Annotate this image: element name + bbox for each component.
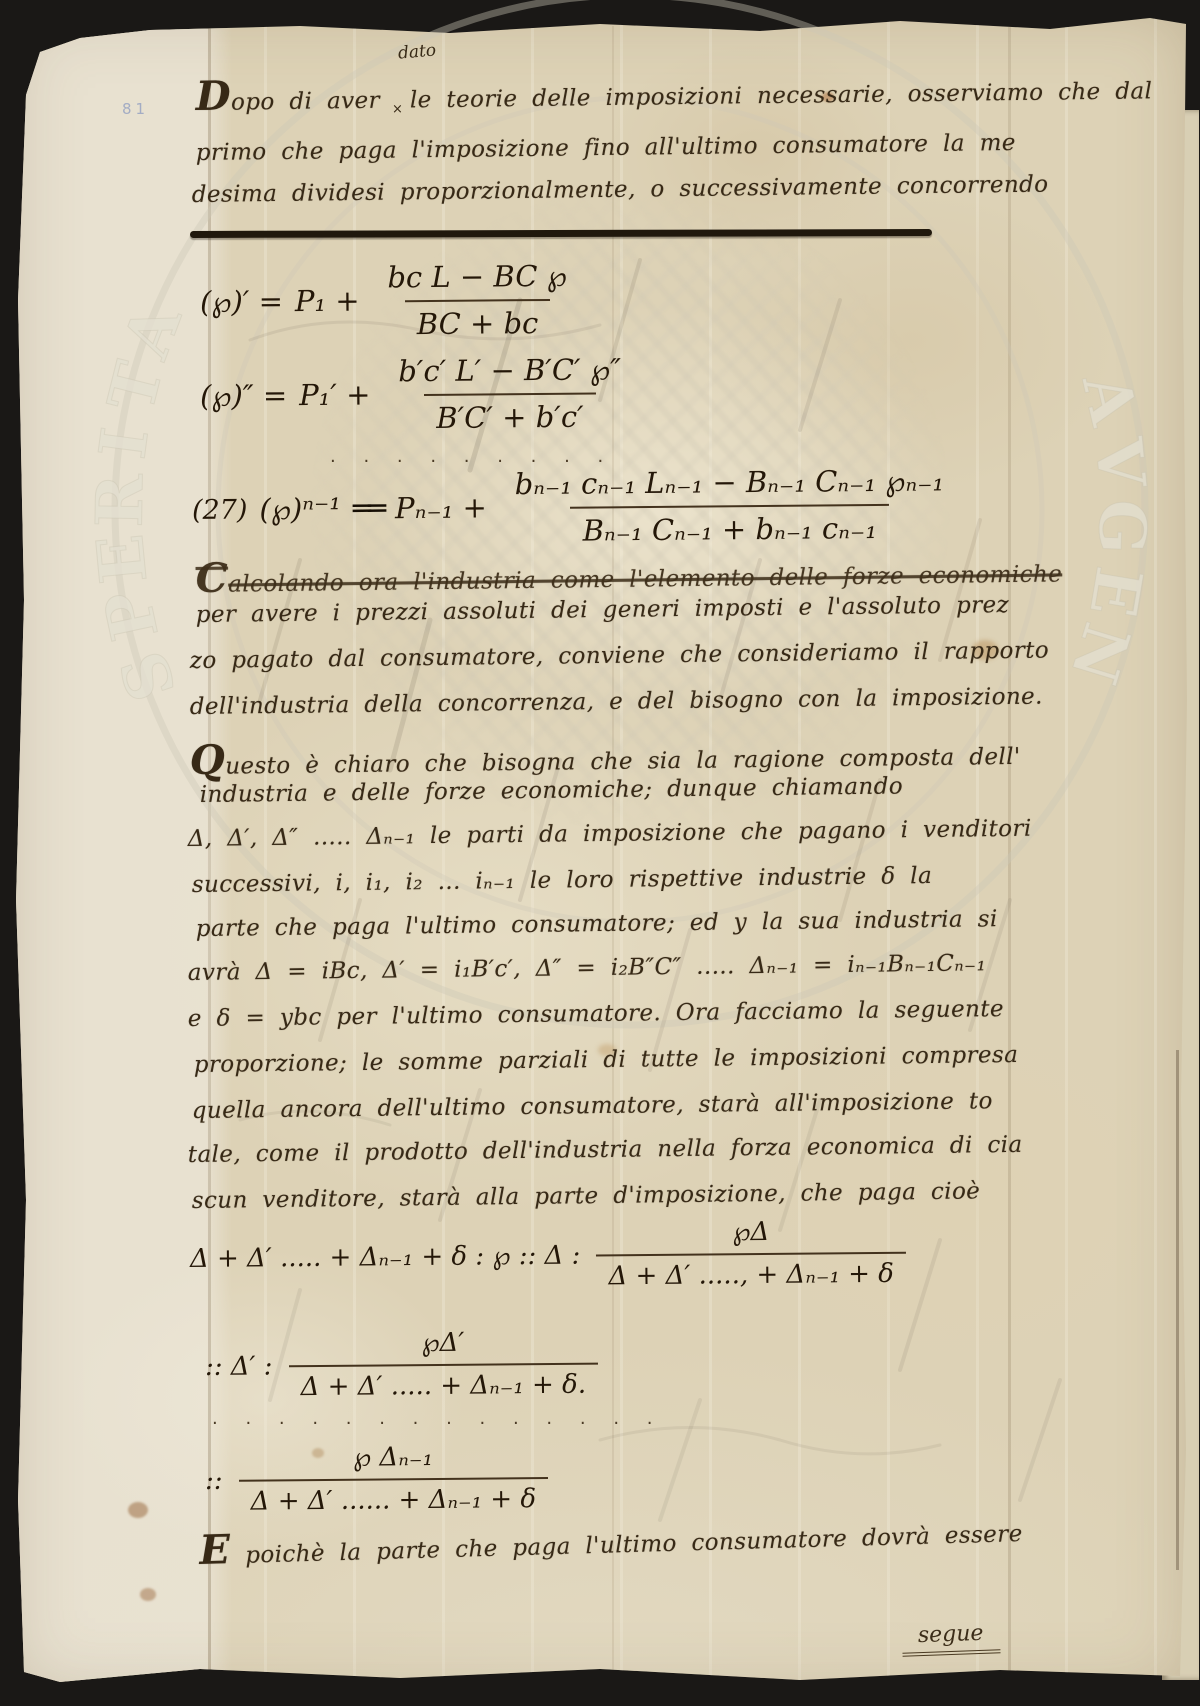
proportion-1: Δ + Δ′ ..... + Δₙ₋₁ + δ : ℘ :: Δ : ℘Δ Δ … <box>190 1216 910 1297</box>
ellipsis-row-2: . . . . . . . . . . . . . . <box>212 1408 664 1429</box>
formula-1-denominator: BC + bc <box>405 299 551 342</box>
proportion-1-denominator: Δ + Δ′ ....., + Δₙ₋₁ + δ <box>596 1252 906 1293</box>
insertion-caret: × <box>392 102 403 117</box>
formula-2-denominator: B′C′ + b′c′ <box>424 392 596 435</box>
proportion-3-lhs: :: <box>205 1465 223 1496</box>
formula-3-pre: Pₙ₋₁ + <box>395 491 487 527</box>
formula-3: (27) (℘)ⁿ⁻¹ ══ Pₙ₋₁ + bₙ₋₁ cₙ₋₁ Lₙ₋₁ − B… <box>192 463 961 551</box>
formula-1-fraction: bc L − BC ℘ BC + bc <box>375 259 579 342</box>
scanned-manuscript-page: S P E R I T A A V G E N <box>0 0 1200 1706</box>
proportion-1-lhs: Δ + Δ′ ..... + Δₙ₋₁ + δ : ℘ :: Δ : <box>190 1240 581 1275</box>
formula-2-numerator: b′c′ L′ − B′C′ ℘″ <box>386 352 633 394</box>
formula-2-pre: P₁′ + <box>299 378 371 413</box>
proportion-3-denominator: Δ + Δ′ ...... + Δₙ₋₁ + δ <box>239 1477 549 1518</box>
page-number: 81 <box>122 100 149 118</box>
formula-3-denominator: Bₙ₋₁ Cₙ₋₁ + bₙ₋₁ cₙ₋₁ <box>570 504 889 549</box>
line1-post: le teorie delle imposizioni necessarie, … <box>410 78 1153 113</box>
line1-pre: Dopo di aver <box>196 88 380 116</box>
proportion-3: :: ℘ Δₙ₋₁ Δ + Δ′ ...... + Δₙ₋₁ + δ <box>205 1441 553 1518</box>
formula-1-numerator: bc L − BC ℘ <box>375 259 579 301</box>
formula-3-fraction: bₙ₋₁ cₙ₋₁ Lₙ₋₁ − Bₙ₋₁ Cₙ₋₁ ℘ₙ₋₁ Bₙ₋₁ Cₙ₋… <box>502 463 956 549</box>
formula-1-pre: P₁ + <box>295 284 360 319</box>
formula-3-equals: ══ <box>353 491 383 527</box>
proportion-3-fraction: ℘ Δₙ₋₁ Δ + Δ′ ...... + Δₙ₋₁ + δ <box>238 1441 548 1518</box>
ellipsis-row: . . . . . . . . . <box>330 446 614 467</box>
paper-edge-crack <box>1176 1050 1179 1570</box>
proportion-3-numerator: ℘ Δₙ₋₁ <box>341 1442 445 1479</box>
proportion-2: :: Δ′ : ℘Δ′ Δ + Δ′ ..... + Δₙ₋₁ + δ. <box>205 1327 603 1405</box>
right-fold-crease <box>1008 26 1011 1676</box>
formula-2-lhs: (℘)″ = <box>200 379 288 415</box>
formula-2-fraction: b′c′ L′ − B′C′ ℘″ B′C′ + b′c′ <box>386 352 633 436</box>
proportion-2-fraction: ℘Δ′ Δ + Δ′ ..... + Δₙ₋₁ + δ. <box>288 1327 598 1404</box>
proportion-1-fraction: ℘Δ Δ + Δ′ ....., + Δₙ₋₁ + δ <box>596 1216 906 1293</box>
formula-3-numerator: bₙ₋₁ cₙ₋₁ Lₙ₋₁ − Bₙ₋₁ Cₙ₋₁ ℘ₙ₋₁ <box>502 463 956 507</box>
formula-3-lhs: (℘)ⁿ⁻¹ <box>259 492 341 528</box>
proportion-2-denominator: Δ + Δ′ ..... + Δₙ₋₁ + δ. <box>288 1363 598 1404</box>
proportion-2-lhs: :: Δ′ : <box>205 1351 273 1383</box>
formula-2: (℘)″ = P₁′ + b′c′ L′ − B′C′ ℘″ B′C′ + b′… <box>200 352 638 437</box>
formula-1-lhs: (℘)′ = <box>200 285 283 321</box>
inserted-word: dato <box>397 40 437 63</box>
formula-1: (℘)′ = P₁ + bc L − BC ℘ BC + bc <box>200 259 584 344</box>
proportion-2-numerator: ℘Δ′ <box>409 1328 476 1365</box>
catchword: segue <box>901 1620 1000 1656</box>
paper-leaf <box>0 0 1200 1706</box>
proportion-1-numerator: ℘Δ <box>720 1217 781 1254</box>
formula-3-tag: (27) <box>192 494 248 527</box>
